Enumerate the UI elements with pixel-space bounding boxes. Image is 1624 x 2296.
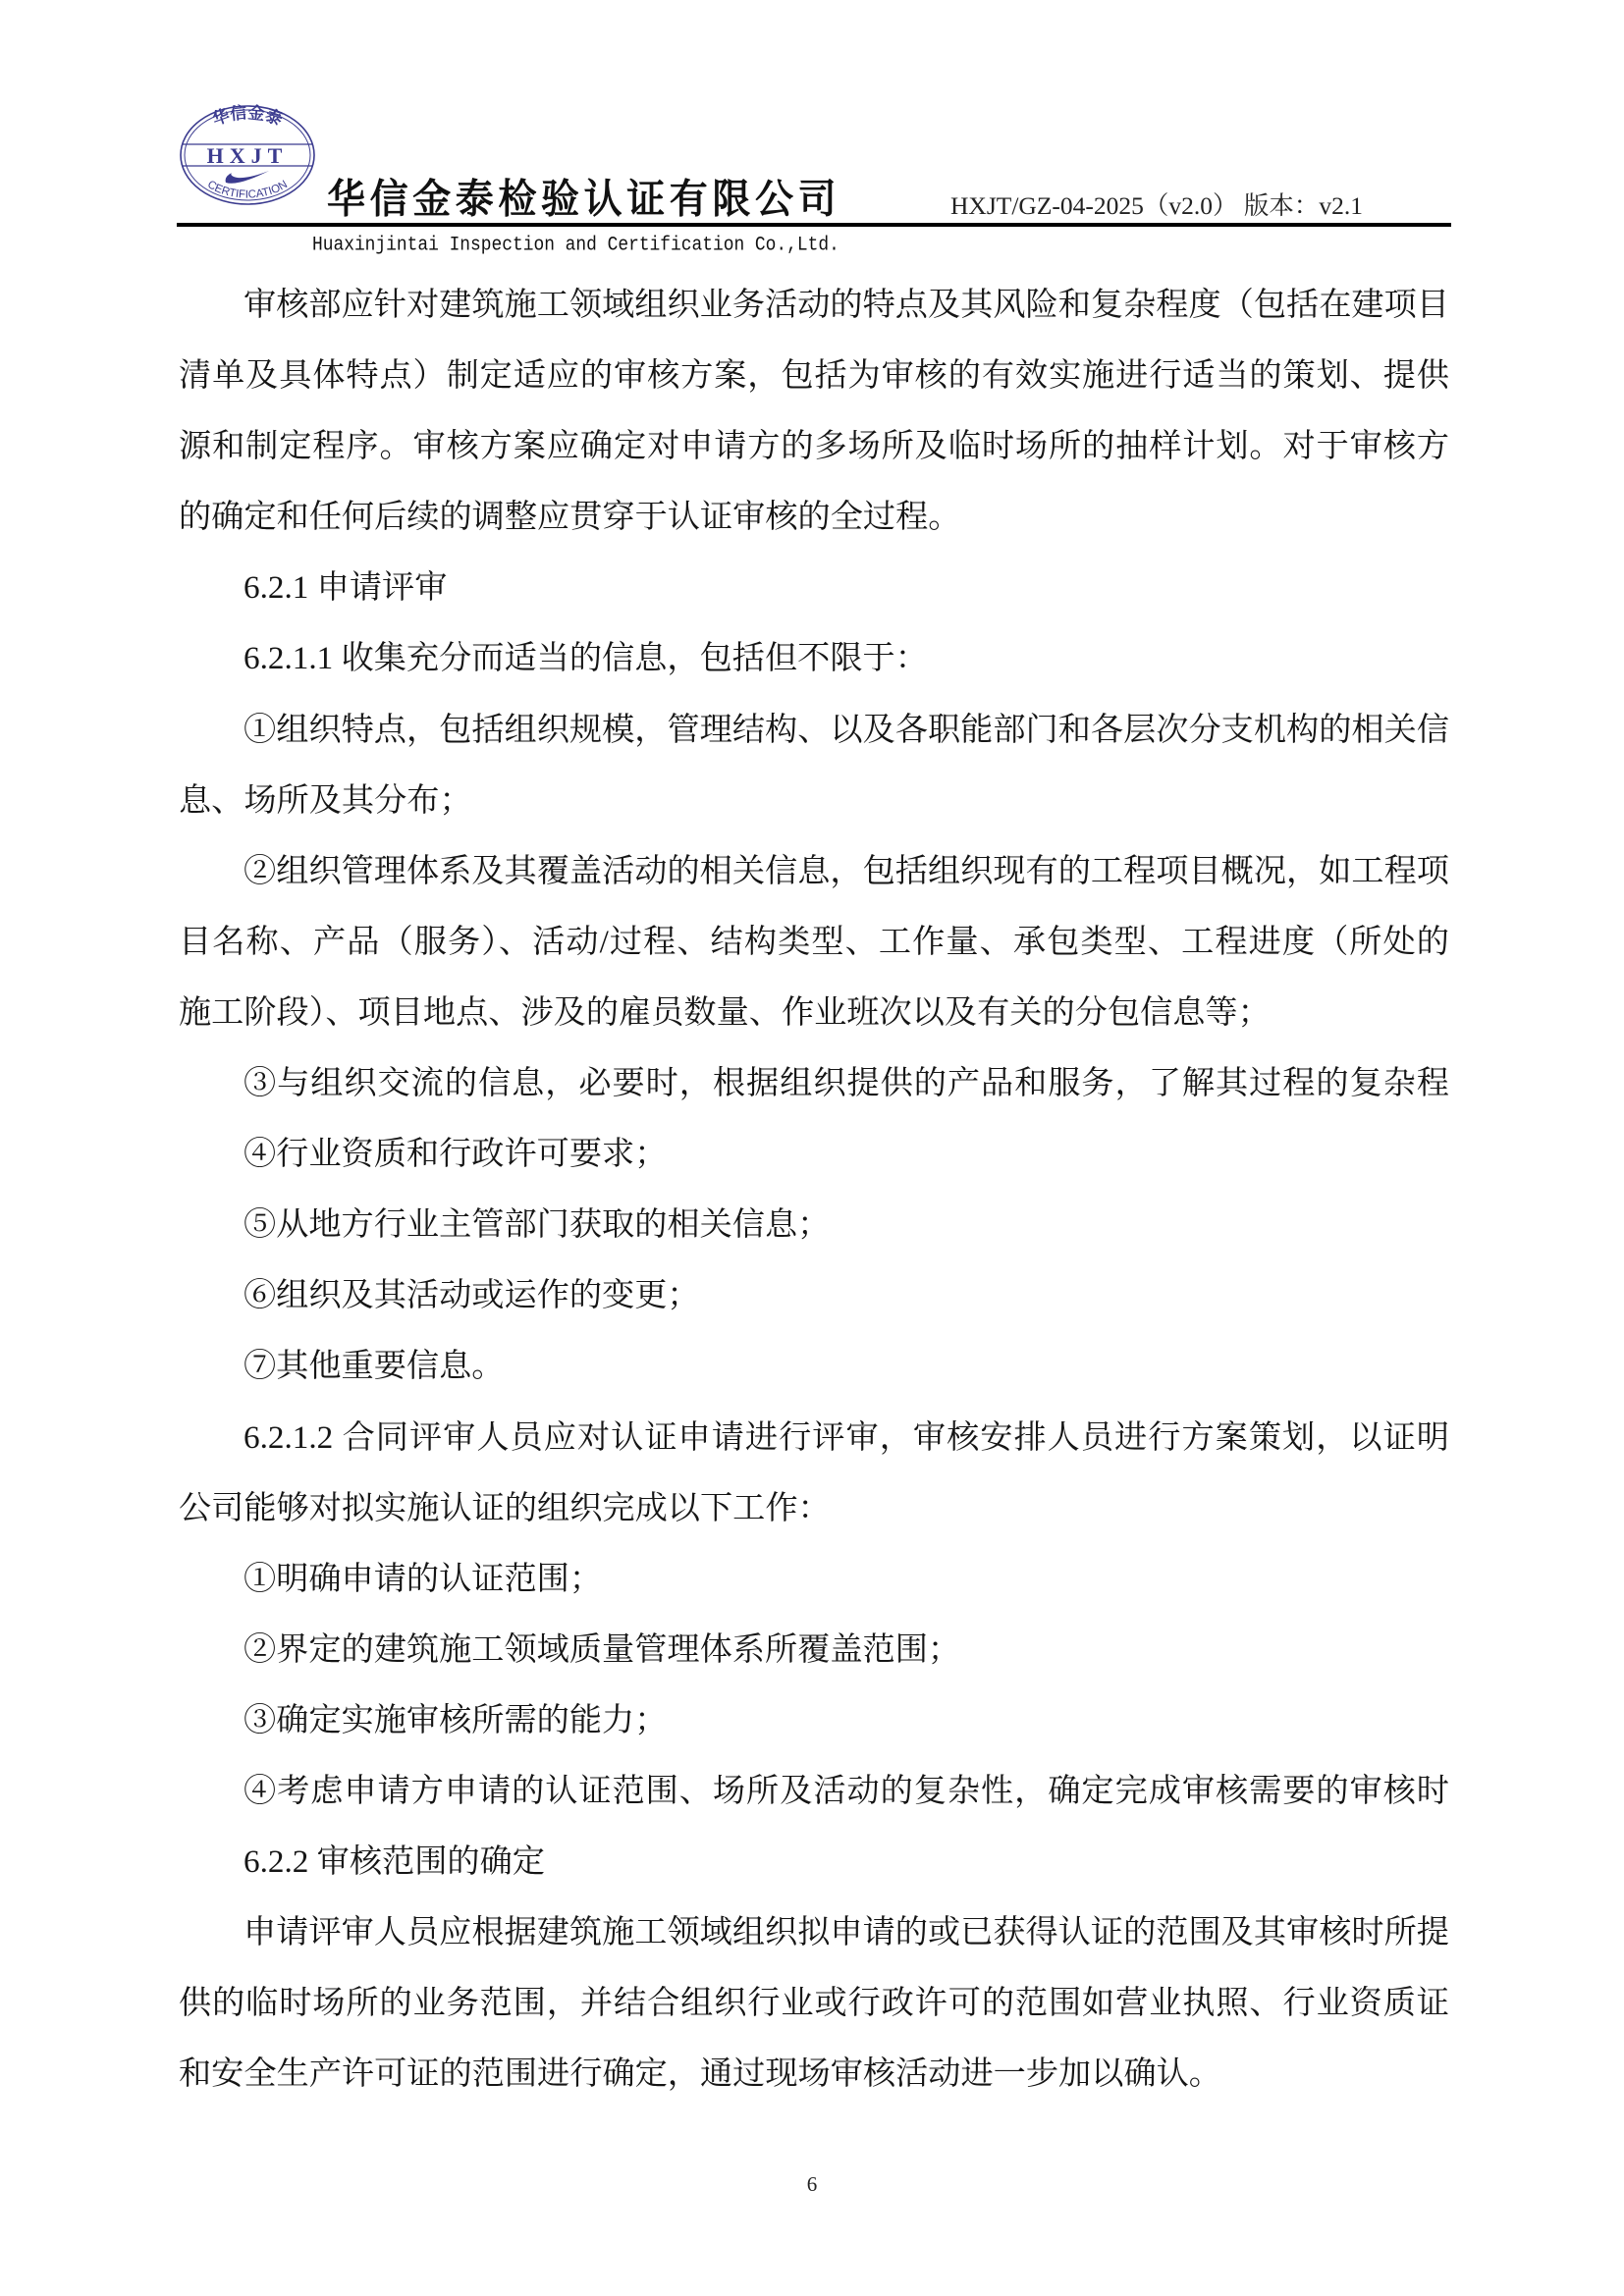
paragraph-line: 审核部应针对建筑施工领域组织业务活动的特点及其风险和复杂程度（包括在建项目 — [179, 270, 1449, 341]
list-item: ⑥组织及其活动或运作的变更； — [179, 1260, 1449, 1331]
svg-text:HXJT: HXJT — [207, 143, 289, 168]
section-heading-6-2-1: 6.2.1 申请评审 — [179, 553, 1449, 623]
list-item: ②组织管理体系及其覆盖活动的相关信息，包括组织现有的工程项目概况，如工程项 — [179, 836, 1449, 907]
paragraph-line: 申请评审人员应根据建筑施工领域组织拟申请的或已获得认证的范围及其审核时所提 — [179, 1897, 1449, 1968]
document-code-version: HXJT/GZ-04-2025（v2.0） 版本：v2.1 — [950, 190, 1363, 222]
company-name-cn: 华信金泰检验认证有限公司 — [327, 174, 840, 226]
list-item: ②界定的建筑施工领域质量管理体系所覆盖范围； — [179, 1615, 1449, 1685]
section-heading-6-2-2: 6.2.2 审核范围的确定 — [179, 1827, 1449, 1897]
company-name-en: Huaxinjintai Inspection and Certificatio… — [312, 232, 839, 259]
svg-text:华信金泰: 华信金泰 — [210, 104, 286, 130]
document-page: 华信金泰 HXJT CERTIFICATION 华信金泰检验认证有限公司 HXJ… — [0, 0, 1624, 2296]
list-item-continuation: 目名称、产品（服务）、活动/过程、结构类型、工作量、承包类型、工程进度（所处的 — [179, 907, 1449, 978]
clause-6-2-1-1: 6.2.1.1 收集充分而适当的信息，包括但不限于： — [179, 623, 1449, 694]
clause-continuation: 公司能够对拟实施认证的组织完成以下工作： — [179, 1473, 1449, 1544]
paragraph-line: 供的临时场所的业务范围，并结合组织行业或行政许可的范围如营业执照、行业资质证书 — [179, 1968, 1449, 2039]
list-item: ⑤从地方行业主管部门获取的相关信息； — [179, 1190, 1449, 1260]
list-item: ④行业资质和行政许可要求； — [179, 1119, 1449, 1190]
clause-6-2-1-2: 6.2.1.2 合同评审人员应对认证申请进行评审，审核安排人员进行方案策划，以证… — [179, 1403, 1449, 1473]
paragraph-line: 和安全生产许可证的范围进行确定，通过现场审核活动进一步加以确认。 — [179, 2039, 1449, 2109]
list-item: ①组织特点，包括组织规模，管理结构、以及各职能部门和各层次分支机构的相关信 — [179, 695, 1449, 766]
page-number: 6 — [0, 2170, 1624, 2198]
list-item: ⑦其他重要信息。 — [179, 1331, 1449, 1402]
list-item-continuation: 施工阶段）、项目地点、涉及的雇员数量、作业班次以及有关的分包信息等； — [179, 978, 1449, 1048]
list-item: ③与组织交流的信息，必要时，根据组织提供的产品和服务，了解其过程的复杂程度； — [179, 1048, 1449, 1119]
svg-text:CERTIFICATION: CERTIFICATION — [205, 179, 290, 201]
list-item: ④考虑申请方申请的认证范围、场所及活动的复杂性，确定完成审核需要的审核时间。 — [179, 1756, 1449, 1827]
document-body: 审核部应针对建筑施工领域组织业务活动的特点及其风险和复杂程度（包括在建项目 清单… — [179, 270, 1449, 2109]
paragraph-line: 源和制定程序。审核方案应确定对申请方的多场所及临时场所的抽样计划。对于审核方案 — [179, 411, 1449, 482]
list-item: ③确定实施审核所需的能力； — [179, 1685, 1449, 1756]
company-logo-icon: 华信金泰 HXJT CERTIFICATION — [179, 104, 316, 206]
paragraph-line: 清单及具体特点）制定适应的审核方案，包括为审核的有效实施进行适当的策划、提供资 — [179, 341, 1449, 411]
list-item: ①明确申请的认证范围； — [179, 1544, 1449, 1615]
list-item-continuation: 息、场所及其分布； — [179, 766, 1449, 836]
header-divider — [177, 223, 1451, 227]
paragraph-line: 的确定和任何后续的调整应贯穿于认证审核的全过程。 — [179, 482, 1449, 553]
